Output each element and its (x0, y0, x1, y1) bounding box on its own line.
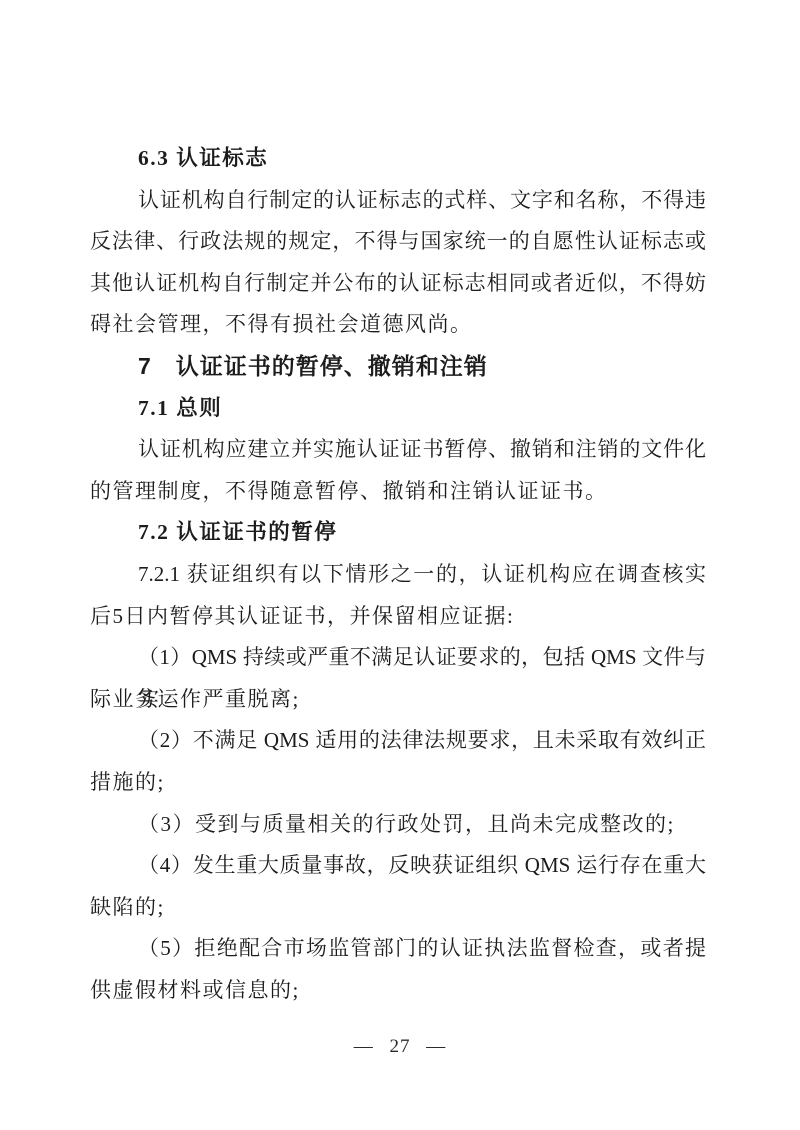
heading-7: 7 认证证书的暂停、撤销和注销 (90, 346, 706, 388)
paragraph-7-2-1-line: 后5日内暂停其认证证书，并保留相应证据: (90, 596, 706, 638)
page-number: — 27 — (0, 1036, 800, 1058)
paragraph-7-1-line: 认证机构应建立并实施认证证书暂停、撤销和注销的文件化 (90, 429, 706, 471)
paragraph-7-2-1-line: 7.2.1 获证组织有以下情形之一的，认证机构应在调查核实 (90, 554, 706, 596)
heading-7-2: 7.2 认证证书的暂停 (90, 512, 706, 554)
heading-6-3: 6.3 认证标志 (90, 138, 706, 180)
list-item-2-line: 措施的; (90, 762, 706, 804)
paragraph-6-3-line: 反法律、行政法规的规定，不得与国家统一的自愿性认证标志或 (90, 221, 706, 263)
list-item-5-line: （5）拒绝配合市场监管部门的认证执法监督检查，或者提 (90, 928, 706, 970)
list-item-1-line: 际业务运作严重脱离; (90, 679, 706, 721)
document-body: 6.3 认证标志 认证机构自行制定的认证标志的式样、文字和名称，不得违 反法律、… (90, 138, 706, 1011)
document-page: 6.3 认证标志 认证机构自行制定的认证标志的式样、文字和名称，不得违 反法律、… (0, 0, 800, 1130)
paragraph-6-3-line: 认证机构自行制定的认证标志的式样、文字和名称，不得违 (90, 180, 706, 222)
list-item-2-line: （2）不满足 QMS 适用的法律法规要求，且未采取有效纠正 (90, 720, 706, 762)
list-item-4-line: 缺陷的; (90, 887, 706, 929)
list-item-1-line: （1）QMS 持续或严重不满足认证要求的，包括 QMS 文件与实 (90, 637, 706, 679)
paragraph-7-1-line: 的管理制度，不得随意暂停、撤销和注销认证证书。 (90, 471, 706, 513)
list-item-4-line: （4）发生重大质量事故，反映获证组织 QMS 运行存在重大 (90, 845, 706, 887)
heading-7-1: 7.1 总则 (90, 388, 706, 430)
paragraph-6-3-line: 其他认证机构自行制定并公布的认证标志相同或者近似，不得妨 (90, 263, 706, 305)
paragraph-6-3-line: 碍社会管理，不得有损社会道德风尚。 (90, 304, 706, 346)
list-item-3-line: （3）受到与质量相关的行政处罚，且尚未完成整改的; (90, 804, 706, 846)
list-item-5-line: 供虚假材料或信息的; (90, 970, 706, 1012)
